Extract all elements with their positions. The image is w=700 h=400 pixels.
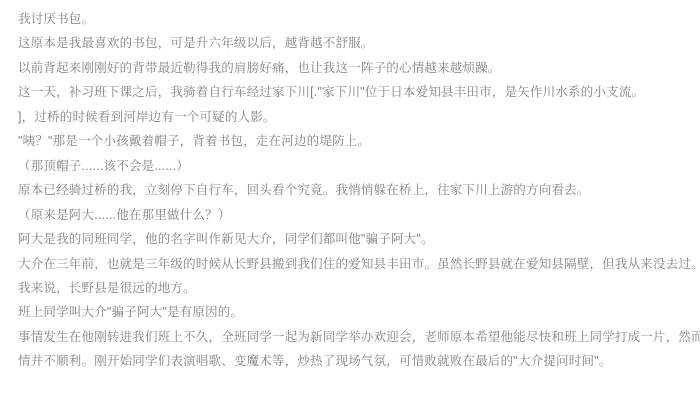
document-page: 我讨厌书包。 这原本是我最喜欢的书包，可是升六年级以后，越背越不舒服。 以前背起…	[0, 0, 700, 400]
text-line: 情并不顺利。刚开始同学们表演唱歌、变魔术等，炒热了现场气氛，可惜败就败在最后的"…	[18, 349, 690, 373]
text-line: ]，过桥的时候看到河岸边有一个可疑的人影。	[18, 105, 690, 129]
text-line: 这原本是我最喜欢的书包，可是升六年级以后，越背越不舒服。	[18, 31, 690, 55]
text-line: 大介在三年前，也就是三年级的时候从长野县搬到我们住的爱知县丰田市。虽然长野县就在…	[18, 252, 690, 276]
text-line: "咦？"那是一个小孩戴着帽子，背着书包，走在河边的堤防上。	[18, 129, 690, 153]
text-line: 班上同学叫大介"骗子阿大"是有原因的。	[18, 300, 690, 324]
text-line: 原本已经骑过桥的我，立刻停下自行车，回头看个究竟。我悄悄躲在桥上，往家下川上游的…	[18, 178, 690, 202]
text-line: 事情发生在他刚转进我们班上不久，全班同学一起为新同学举办欢迎会，老师原本希望他能…	[18, 325, 690, 349]
text-line: （那顶帽子......该不会是......）	[18, 154, 690, 178]
text-line: 以前背起来刚刚好的背带最近勒得我的肩膀好痛，也让我这一阵子的心情越来越烦躁。	[18, 56, 690, 80]
text-line: （原来是阿大......他在那里做什么？）	[18, 203, 690, 227]
text-line: 我讨厌书包。	[18, 7, 690, 31]
text-line: 我来说，长野县是很远的地方。	[18, 276, 690, 300]
text-line: 这一天，补习班下课之后，我骑着自行车经过家下川[."家下川"位于日本爱知县丰田市…	[18, 80, 690, 104]
text-line: 阿大是我的同班同学，他的名字叫作新见大介，同学们都叫他"骗子阿大"。	[18, 227, 690, 251]
